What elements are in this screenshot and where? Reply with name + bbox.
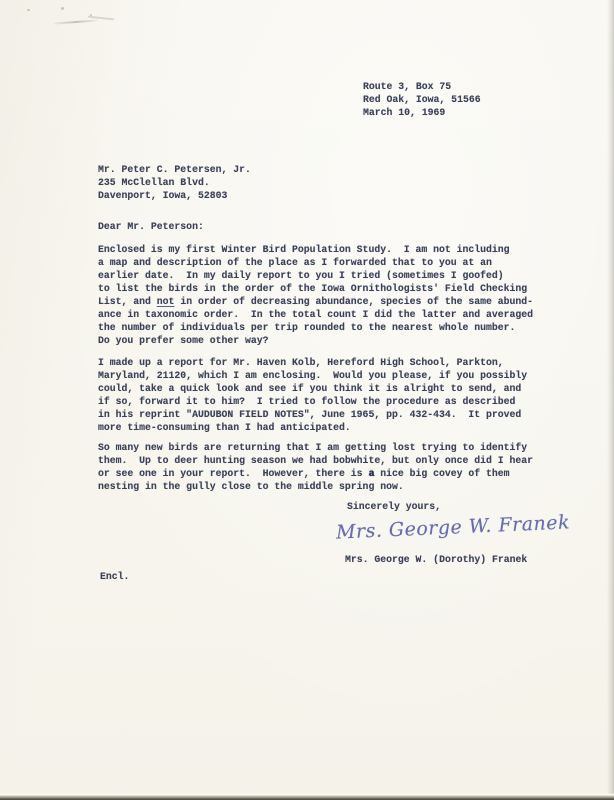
paper-speck xyxy=(61,7,64,10)
text-line: them. Up to deer hunting season we had b… xyxy=(98,454,533,467)
text-line: a map and description of the place as I … xyxy=(98,256,533,269)
text-segment: List, and xyxy=(98,296,157,307)
text-line: I made up a report for Mr. Haven Kolb, H… xyxy=(98,356,527,369)
paper-crease xyxy=(54,19,98,24)
paper-speck xyxy=(90,14,92,16)
text-segment: nice big covey of them xyxy=(374,468,509,479)
text-line: in his reprint "AUDUBON FIELD NOTES", Ju… xyxy=(98,408,527,421)
paragraph-1: Enclosed is my first Winter Bird Populat… xyxy=(98,243,533,347)
text-line: Do you prefer some other way? xyxy=(98,334,533,347)
paper-edge-bottom xyxy=(0,793,614,800)
paragraph-2: I made up a report for Mr. Haven Kolb, H… xyxy=(98,356,527,434)
text-line: Red Oak, Iowa, 51566 xyxy=(363,93,481,106)
text-line: could, take a quick look and see if you … xyxy=(98,382,527,395)
text-line: 235 McClellan Blvd. xyxy=(98,176,251,189)
typed-signature-name: Mrs. George W. (Dorothy) Franek xyxy=(345,553,527,566)
text-line: Davenport, Iowa, 52803 xyxy=(98,189,251,202)
text-line: earlier date. In my daily report to you … xyxy=(98,269,533,282)
text-line: Maryland, 21120, which I am enclosing. W… xyxy=(98,369,527,382)
text-line: ance in taxonomic order. In the total co… xyxy=(98,308,533,321)
text-line: to list the birds in the order of the Io… xyxy=(98,282,533,295)
handwritten-signature: Mrs. George W. Franek xyxy=(335,508,546,547)
letter-page: Route 3, Box 75Red Oak, Iowa, 51566March… xyxy=(0,0,614,800)
text-line: if so, forward it to him? I tried to fol… xyxy=(98,395,527,408)
text-line: more time-consuming than I had anticipat… xyxy=(98,421,527,434)
sender-address-block: Route 3, Box 75Red Oak, Iowa, 51566March… xyxy=(363,80,481,119)
text-segment: or see one in your report. However, ther… xyxy=(98,468,368,479)
underlined-word: not xyxy=(157,296,175,307)
paper-speck xyxy=(27,9,30,11)
enclosure-notation: Encl. xyxy=(100,570,129,583)
paragraph-3: So many new birds are returning that I a… xyxy=(98,441,533,493)
text-line: Route 3, Box 75 xyxy=(363,80,481,93)
text-line: the number of individuals per trip round… xyxy=(98,321,533,334)
text-line: or see one in your report. However, ther… xyxy=(98,467,533,480)
text-line: So many new birds are returning that I a… xyxy=(98,441,533,454)
salutation: Dear Mr. Peterson: xyxy=(98,220,204,233)
recipient-address-block: Mr. Peter C. Petersen, Jr.235 McClellan … xyxy=(98,163,251,202)
text-line: List, and not in order of decreasing abu… xyxy=(98,295,533,308)
closing-line: Sincerely yours, xyxy=(347,500,441,513)
text-line: Enclosed is my first Winter Bird Populat… xyxy=(98,243,533,256)
text-line: March 10, 1969 xyxy=(363,106,481,119)
paper-edge-right xyxy=(607,0,614,800)
text-line: Mr. Peter C. Petersen, Jr. xyxy=(98,163,251,176)
text-line: nesting in the gully close to the middle… xyxy=(98,480,533,493)
text-segment: in order of decreasing abundance, specie… xyxy=(174,296,533,307)
